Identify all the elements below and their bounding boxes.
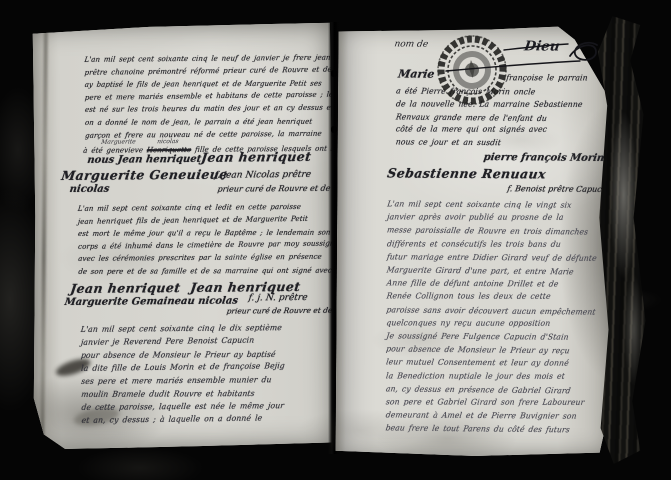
manuscript-line: janvier je Reverend Pere Benoist Capucin xyxy=(80,333,285,349)
signature: Jean henriquet xyxy=(200,149,312,165)
manuscript-line: côté de la mere qui ont signés avec xyxy=(395,124,583,137)
signature: nicolas xyxy=(69,184,110,195)
binding-stitch xyxy=(331,126,337,133)
manuscript-line: leur mutuel Consentement et leur ay donn… xyxy=(385,356,598,371)
manuscript-line: son pere et Gabriel Girard son frere Lab… xyxy=(385,395,598,409)
paraph-flourish-icon xyxy=(570,43,597,60)
manuscript-line: différents et consécutifs les trois bans… xyxy=(386,237,599,251)
manuscript-line: est né sur les trois heures du matin des… xyxy=(84,102,367,117)
ink-stamp-icon xyxy=(435,33,510,108)
manuscript-line: ses pere et mere mariés ensemble munier … xyxy=(81,373,286,388)
left-page: L'an mil sept cent soixante cinq le neuf… xyxy=(28,23,335,450)
burial-entry: L'an mil sept cent soixante cinq et ledi… xyxy=(78,200,365,278)
manuscript-line: janvier après avoir publié au prosne de … xyxy=(386,211,599,225)
signature: nous Jean henriquet xyxy=(87,154,202,166)
manuscript-line: quelconques ny reçu aucune opposition xyxy=(386,316,599,330)
signature: pierre françois Morin xyxy=(483,152,605,164)
manuscript-line: et an, cy dessus ; à laquelle on a donné… xyxy=(81,411,286,427)
manuscript-line: de son pere et de sa famille et de sa ma… xyxy=(77,264,351,278)
manuscript-line: Renée Collignon tous les deux de cette xyxy=(386,290,599,304)
signature: Marguerite Geneuieue xyxy=(60,167,228,183)
manuscript-line: beau frere le tout Parens du côté des fu… xyxy=(385,422,596,437)
signature: f. Benoist prêtre Capucin xyxy=(507,184,610,194)
struck-word: Henriquette xyxy=(146,145,191,154)
page-crease xyxy=(40,25,48,449)
manuscript-line: futur mariage entre Didier Girard veuf d… xyxy=(386,250,599,265)
manuscript-line: nous ce jour et an susdit xyxy=(395,137,583,151)
signature: f. jean Nicolas prêtre xyxy=(214,170,312,181)
manuscript-line: la Benediction nuptiale le jour des mois… xyxy=(385,369,598,383)
signature: f. j. N. prêtre xyxy=(248,293,308,304)
marriage-entry: L'an mil sept cent soixante cinq le ving… xyxy=(386,197,608,436)
binding-stitch xyxy=(331,70,337,77)
entry-header-text: nom de xyxy=(394,39,429,49)
book-fore-edge xyxy=(594,16,660,464)
signature: Jean henriquet xyxy=(69,280,181,296)
baptism-entry-2: L'an mil sept cent soixante cinq le dix … xyxy=(81,321,294,427)
signature: Sebastienne Renuaux xyxy=(386,165,547,181)
ink-stamp-and-flourish xyxy=(430,24,610,119)
signature: Marguerite Gemaineau nicolas xyxy=(64,296,239,309)
manuscript-scan: L'an mil sept cent soixante cinq le neuf… xyxy=(0,0,671,480)
manuscript-line: avec les cérémonies prescrites par la sa… xyxy=(77,251,353,266)
